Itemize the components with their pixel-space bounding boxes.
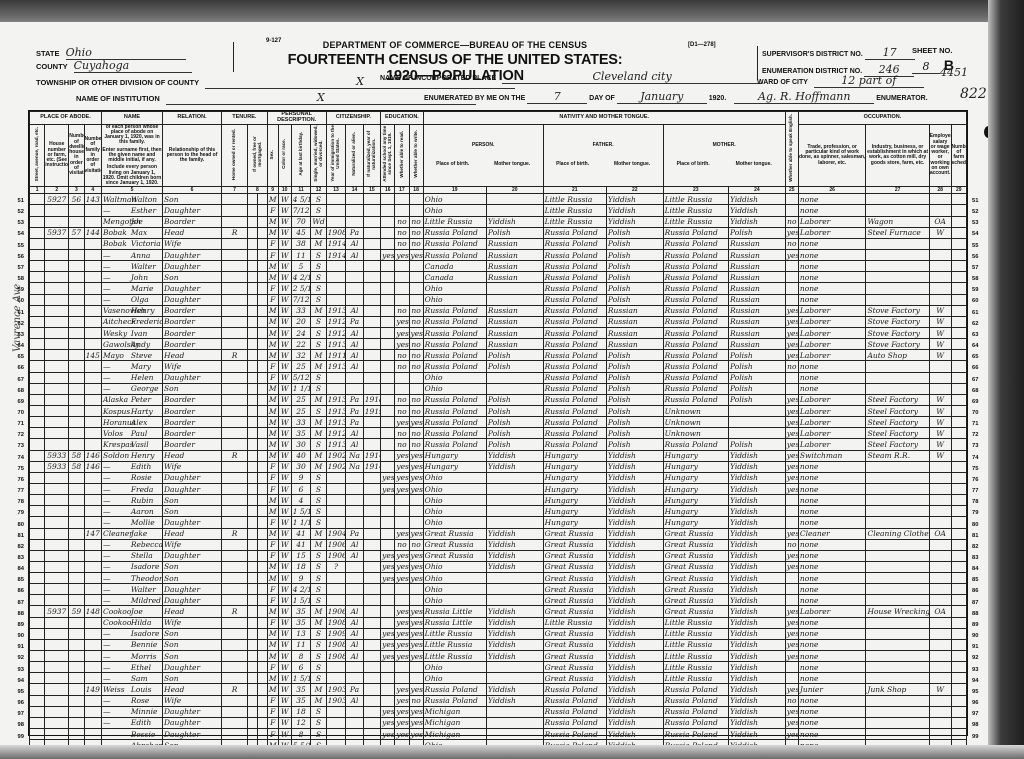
cell-family: 145 [84,350,101,361]
cell-read: yes [395,573,409,584]
cell-speaks-english [785,673,798,684]
cell-school [381,339,395,350]
cell-sex: M [267,327,278,338]
cell-father-tongue: Polish [606,383,663,394]
cell-sex: F [267,483,278,494]
cell-father-tongue: Yiddish [606,450,663,461]
cell-immigration-year: 1902 [326,461,346,472]
cell-farm-schedule [951,472,966,483]
cell-race: W [278,595,291,606]
cell-farm-schedule [951,706,966,717]
cell-tenure-extra [257,472,267,483]
given-name: Rose [131,696,149,705]
cell-mother-mother-tongue: Polish [729,439,786,450]
cell-tenure-extra [257,428,267,439]
cell-father-tongue: Yiddish [606,550,663,561]
cell-marital: S [311,550,326,561]
cell-marital: S [311,517,326,528]
cell-mother-birthplace: Russia Poland [663,305,728,316]
cell-naturalized [346,216,363,227]
cell-father-birthplace: Russia Poland [543,261,606,272]
cell-employer [929,561,951,572]
cell-house [45,372,69,383]
given-name: Theodore [131,574,163,583]
cell-naturalization-year [363,339,380,350]
cell-father-tongue: Yiddish [606,472,663,483]
cell-tenure: R [221,450,247,461]
cell-mother-tongue: Russian [486,316,543,327]
cell-relation: Son [163,272,222,283]
cell-tenure-extra [257,584,267,595]
table-row: 145MayoSteveHeadRMW32M1911AlnonoRussia P… [30,350,967,361]
given-name: Vasil [131,440,149,449]
cell-tenure [221,383,247,394]
cell-mother-birthplace: Little Russia [663,628,728,639]
cell-family: 144 [84,227,101,238]
cell-tenure [221,573,247,584]
cell-tenure-extra [257,506,267,517]
cell-birthplace: Russia Poland [423,439,486,450]
cell-employer [929,495,951,506]
table-row: —MollieDaughterFW1 1/12SOhioHungaryYiddi… [30,517,967,528]
line-number: 96 [6,698,24,709]
cell-write [409,662,423,673]
line-number: 68 [6,386,24,397]
cell-tenure-extra [257,639,267,650]
cell-tenure [221,584,247,595]
cell-occupation: none [798,617,866,628]
table-row: KrespasVasilBoarderMW30S1913AlnonoRussia… [30,439,967,450]
cell-tenure [221,461,247,472]
cell-father-birthplace: Russia Poland [543,327,606,338]
cell-father-birthplace: Russia Poland [543,227,606,238]
cell-street [30,339,45,350]
cell-naturalization-year [363,205,380,216]
cell-speaks-english [785,283,798,294]
cell-race: W [278,316,291,327]
cell-occupation: none [798,361,866,372]
cell-birthplace: Ohio [423,573,486,584]
cell-write: yes [409,417,423,428]
group-relation: RELATION. [163,112,222,125]
cell-age: 6 [291,483,311,494]
cell-house [45,305,69,316]
cell-industry: Wagon [866,216,929,227]
cell-father-tongue: Yiddish [606,706,663,717]
cell-street [30,283,45,294]
cell-employer [929,205,951,216]
cell-employer [929,695,951,706]
cell-read: no [395,394,409,405]
cell-father-birthplace: Russia Poland [543,361,606,372]
cell-tenure [221,673,247,684]
given-name: Mollie [131,518,155,527]
cell-mother-mother-tongue: Polish [729,383,786,394]
cell-read [395,283,409,294]
cell-mother-mother-tongue: Yiddish [729,695,786,706]
cell-sex: M [267,216,278,227]
line-number: 85 [6,575,24,586]
cell-industry [866,361,929,372]
cell-tenure [221,439,247,450]
cell-industry [866,372,929,383]
cell-birthplace: Russia Poland [423,405,486,416]
given-name: Walter [131,262,156,271]
cell-family [84,695,101,706]
cell-farm-schedule [951,495,966,506]
line-number: 72 [6,430,24,441]
cell-tenure-free [248,506,258,517]
cell-employer [929,461,951,472]
given-name: Walton [131,195,157,204]
cell-mother-tongue [486,383,543,394]
line-number: 84 [6,564,24,575]
cell-house [45,573,69,584]
cell-school [381,361,395,372]
cell-mother-birthplace: Russia Poland [663,695,728,706]
cell-naturalized [346,729,363,740]
cell-tenure [221,539,247,550]
cell-read: no [395,539,409,550]
cell-tenure [221,428,247,439]
cell-street [30,662,45,673]
cell-name: —Esther [101,205,162,216]
cell-speaks-english: yes [785,628,798,639]
cell-father-tongue: Russian [606,305,663,316]
cell-immigration-year [326,483,346,494]
cell-mother-mother-tongue: Yiddish [729,550,786,561]
cell-street [30,450,45,461]
table-row: AitcheckFredericBoarderMW20S1912PayesnoR… [30,316,967,327]
cell-street [30,706,45,717]
cell-tenure: R [221,606,247,617]
cell-employer [929,194,951,205]
header-c29: Number of farm schedule. [951,124,966,187]
line-number: 73 [6,441,24,452]
cell-mother-mother-tongue: Yiddish [729,628,786,639]
cell-sex: F [267,595,278,606]
cell-family [84,506,101,517]
cell-mother-tongue: Yiddish [486,651,543,662]
cell-write: no [409,238,423,249]
header-c10: Color or race. [278,124,291,187]
line-number: 67 [6,375,24,386]
line-number: 91 [6,642,24,653]
cell-farm-schedule [951,550,966,561]
cell-school [381,227,395,238]
cell-mother-birthplace: Russia Poland [663,361,728,372]
table-row: —MaryWifeFW25M1913AlnonoRussia PolandPol… [30,361,967,372]
cell-farm-schedule [951,673,966,684]
cell-dwelling [69,394,84,405]
cell-mother-tongue: Polish [486,361,543,372]
cell-farm-schedule [951,283,966,294]
cell-industry [866,561,929,572]
given-name: Mildred [131,596,161,605]
cell-naturalization-year [363,472,380,483]
cell-marital: S [311,339,326,350]
cell-read [395,595,409,606]
cell-tenure-free [248,528,258,539]
cell-speaks-english [785,662,798,673]
cell-street [30,327,45,338]
cell-mother-birthplace: Russia Poland [663,249,728,260]
cell-mother-mother-tongue: Yiddish [729,495,786,506]
cell-tenure-free [248,417,258,428]
cell-street [30,205,45,216]
cell-age: 4 2/12 [291,584,311,595]
cell-occupation: none [798,561,866,572]
cell-street [30,405,45,416]
cell-school [381,606,395,617]
cell-tenure: R [221,684,247,695]
cell-tenure-free [248,673,258,684]
cell-school [381,405,395,416]
cell-race: W [278,673,291,684]
cell-mother-mother-tongue: Yiddish [729,539,786,550]
table-row: —AnnaDaughterFW11S1914AlyesyesyesRussia … [30,249,967,260]
surname: — [103,596,131,605]
cell-family [84,205,101,216]
cell-family [84,573,101,584]
given-name: Bessie [131,730,156,739]
cell-employer [929,595,951,606]
cell-relation: Daughter [163,483,222,494]
cell-mother-birthplace: Great Russia [663,539,728,550]
cell-dwelling [69,495,84,506]
cell-sex: F [267,517,278,528]
given-name: Olga [131,295,149,304]
cell-father-tongue: Yiddish [606,729,663,740]
cell-mother-tongue [486,729,543,740]
cell-marital: S [311,595,326,606]
cell-mother-tongue: Russian [486,272,543,283]
cell-sex: F [267,539,278,550]
table-row: VasenovichHenryBoarderMW33M1913AlnonoRus… [30,305,967,316]
line-number: 71 [6,419,24,430]
cell-school [381,294,395,305]
cell-family [84,717,101,728]
cell-marital: S [311,272,326,283]
cell-mother-tongue: Polish [486,350,543,361]
cell-age: 5/12 [291,372,311,383]
cell-house [45,439,69,450]
cell-write [409,495,423,506]
cell-house [45,327,69,338]
cell-immigration-year [326,383,346,394]
cell-industry: Steel Furnace [866,227,929,238]
cell-name: WeissLouis [101,684,162,695]
cell-mother-tongue: Polish [486,428,543,439]
cell-write: yes [409,249,423,260]
cell-sex: F [267,472,278,483]
cell-write [409,261,423,272]
cell-father-tongue: Russian [606,339,663,350]
cell-occupation: none [798,483,866,494]
cell-read: no [395,227,409,238]
cell-father-tongue: Yiddish [606,673,663,684]
table-row: 593757144BobakMaxHeadRMW45M1908PanonoRus… [30,227,967,238]
cell-mother-tongue: Russian [486,238,543,249]
cell-occupation: none [798,673,866,684]
cell-tenure-free [248,706,258,717]
cell-relation: Son [163,573,222,584]
cell-read: yes [395,461,409,472]
table-row: —SamSonMW1 5/12SOhioGreat RussiaYiddishL… [30,673,967,684]
cell-mother-mother-tongue: Yiddish [729,595,786,606]
cell-naturalization-year [363,272,380,283]
cell-school [381,495,395,506]
surname: — [103,373,131,382]
cell-sex: M [267,394,278,405]
cell-tenure-free [248,472,258,483]
cell-speaks-english [785,194,798,205]
cell-age: 4 [291,495,311,506]
cell-father-birthplace: Little Russia [543,205,606,216]
table-row: —IsadoreSonMW13S1909AlyesyesyesLittle Ru… [30,628,967,639]
cell-age: 18 [291,561,311,572]
cell-family: 149 [84,684,101,695]
cell-employer [929,472,951,483]
cell-relation: Boarder [163,439,222,450]
cell-dwelling [69,283,84,294]
cell-marital: S [311,717,326,728]
cell-race: W [278,205,291,216]
cell-father-birthplace: Russia Poland [543,350,606,361]
cell-school [381,417,395,428]
header-c3: Number of dwelling house in order of vis… [69,124,84,187]
cell-naturalized [346,573,363,584]
cell-read: yes [395,695,409,706]
cell-father-tongue: Yiddish [606,617,663,628]
cell-immigration-year: 1913 [326,405,346,416]
cell-employer [929,283,951,294]
surname: — [103,518,131,527]
given-name: George [131,384,159,393]
group-nativity: NATIVITY AND MOTHER TONGUE. [423,112,785,125]
cell-age: 11 [291,639,311,650]
enumeration-date-field: ENUMERATED BY ME ON THE 7 DAY OF January… [424,90,928,104]
cell-marital: M [311,528,326,539]
cell-age: 40 [291,450,311,461]
cell-naturalized [346,283,363,294]
header-c6: Relationship of this person to the head … [163,124,222,187]
surname: — [103,551,131,560]
cell-house [45,628,69,639]
cell-tenure-free [248,238,258,249]
cell-tenure-extra [257,383,267,394]
cell-tenure-extra [257,495,267,506]
cell-relation: Boarder [163,316,222,327]
cell-race: W [278,327,291,338]
cell-speaks-english: yes [785,706,798,717]
cell-read: no [395,405,409,416]
cell-employer: W [929,428,951,439]
cell-naturalization-year [363,283,380,294]
cell-house [45,695,69,706]
cell-write: no [409,350,423,361]
cell-immigration-year: 1914 [326,238,346,249]
cell-read [395,506,409,517]
cell-family [84,417,101,428]
cell-naturalized: Na [346,450,363,461]
given-name: Frederic [131,317,163,326]
cell-naturalized: Al [346,439,363,450]
cell-mother-tongue: Yiddish [486,539,543,550]
cell-dwelling [69,584,84,595]
line-number: 78 [6,497,24,508]
cell-tenure-free [248,651,258,662]
surname: Krespas [103,440,131,449]
cell-occupation: none [798,238,866,249]
table-row: CookooHildaWifeFW35M1908AlyesyesRussia L… [30,617,967,628]
given-name: Morris [131,652,157,661]
cell-tenure-free [248,495,258,506]
cell-industry: Steam R.R. [866,450,929,461]
given-name: Harty [131,407,153,416]
cell-relation: Boarder [163,327,222,338]
cell-street [30,695,45,706]
given-name: Edith [131,718,152,727]
cell-employer [929,238,951,249]
cell-tenure-free [248,194,258,205]
cell-school: yes [381,717,395,728]
cell-speaks-english: yes [785,305,798,316]
cell-age: 35 [291,684,311,695]
cell-mother-tongue [486,573,543,584]
cell-read: yes [395,450,409,461]
cell-naturalization-year [363,662,380,673]
cell-father-birthplace: Russia Poland [543,394,606,405]
cell-immigration-year: 1913 [326,305,346,316]
given-name: Hilda [131,618,152,627]
cell-name: —Mary [101,361,162,372]
cell-farm-schedule [951,528,966,539]
cell-write: no [409,305,423,316]
cell-house [45,662,69,673]
cell-father-tongue: Polish [606,350,663,361]
cell-read: no [395,216,409,227]
cell-relation: Daughter [163,261,222,272]
cell-dwelling [69,372,84,383]
cell-mother-tongue: Polish [486,394,543,405]
cell-relation: Wife [163,539,222,550]
cell-tenure [221,472,247,483]
given-name: Bennie [131,640,157,649]
cell-father-tongue: Polish [606,428,663,439]
table-row: —BessieDaughterFW8SyesyesyesMichiganRuss… [30,729,967,740]
cell-father-birthplace: Hungary [543,506,606,517]
cell-father-birthplace: Russia Poland [543,238,606,249]
cell-write: no [409,439,423,450]
cell-father-birthplace: Russia Poland [543,249,606,260]
cell-name: MayoSteve [101,350,162,361]
cell-school [381,372,395,383]
cell-age: 35 [291,606,311,617]
cell-naturalization-year: 1918 [363,394,380,405]
cell-street [30,639,45,650]
cell-tenure [221,506,247,517]
cell-industry [866,584,929,595]
cell-family [84,729,101,740]
surname: Mayo [103,351,131,360]
cell-employer [929,729,951,740]
cell-marital: M [311,428,326,439]
line-number: 88 [6,609,24,620]
cell-age: 9 [291,573,311,584]
cell-farm-schedule [951,695,966,706]
cell-school: yes [381,729,395,740]
